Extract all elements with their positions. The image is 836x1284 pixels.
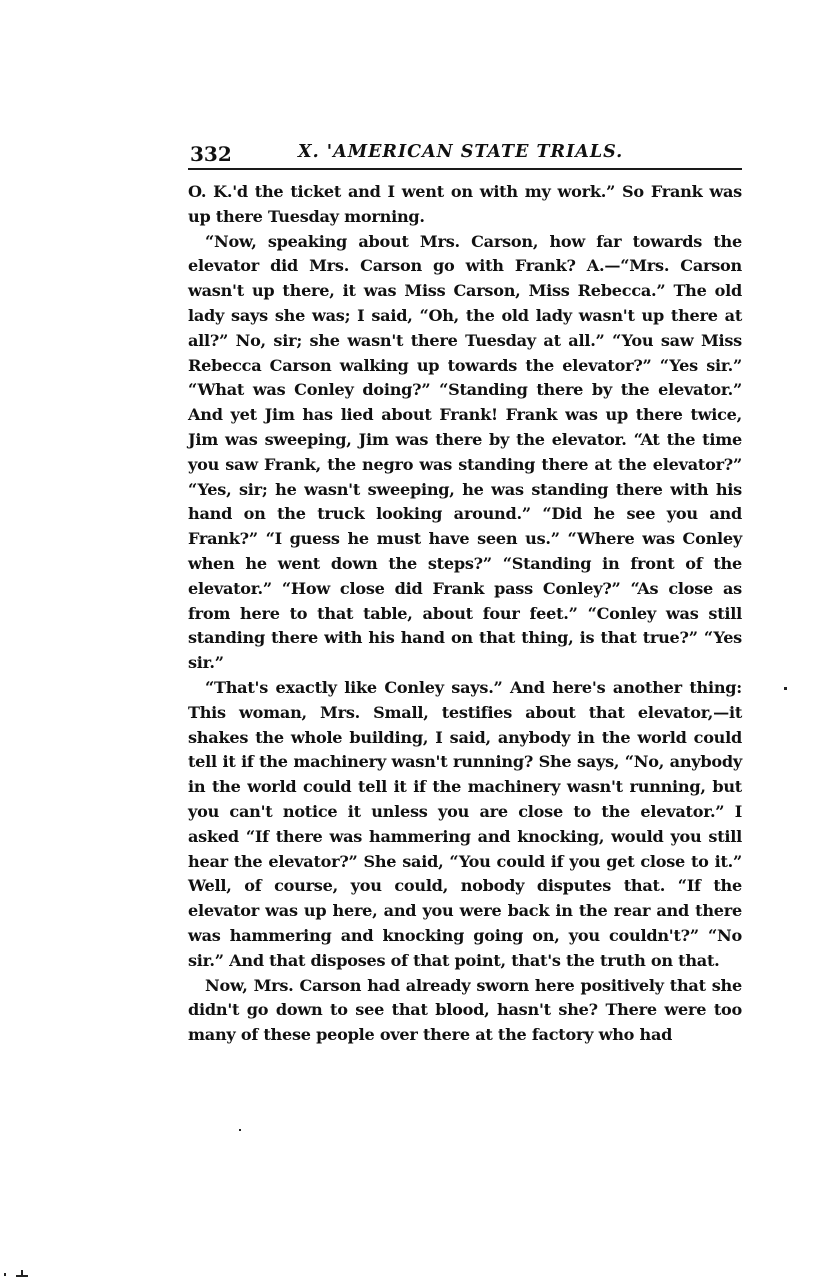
scan-speck <box>21 1270 23 1276</box>
paragraph: “Now, speaking about Mrs. Carson, how fa… <box>188 230 742 676</box>
running-title: X. 'AMERICAN STATE TRIALS. <box>298 142 623 162</box>
paragraph: Now, Mrs. Carson had already sworn here … <box>188 974 742 1048</box>
paragraph: O. K.'d the ticket and I went on with my… <box>188 180 742 230</box>
paragraph: “That's exactly like Conley says.” And h… <box>188 676 742 974</box>
scan-speck <box>239 1129 241 1131</box>
running-head: 332 X. 'AMERICAN STATE TRIALS. <box>188 138 742 170</box>
body-text: O. K.'d the ticket and I went on with my… <box>188 180 742 1048</box>
book-page: 332 X. 'AMERICAN STATE TRIALS. O. K.'d t… <box>188 138 742 1048</box>
page-number: 332 <box>190 142 232 166</box>
scan-speck <box>4 1273 6 1276</box>
scan-speck <box>784 687 787 690</box>
